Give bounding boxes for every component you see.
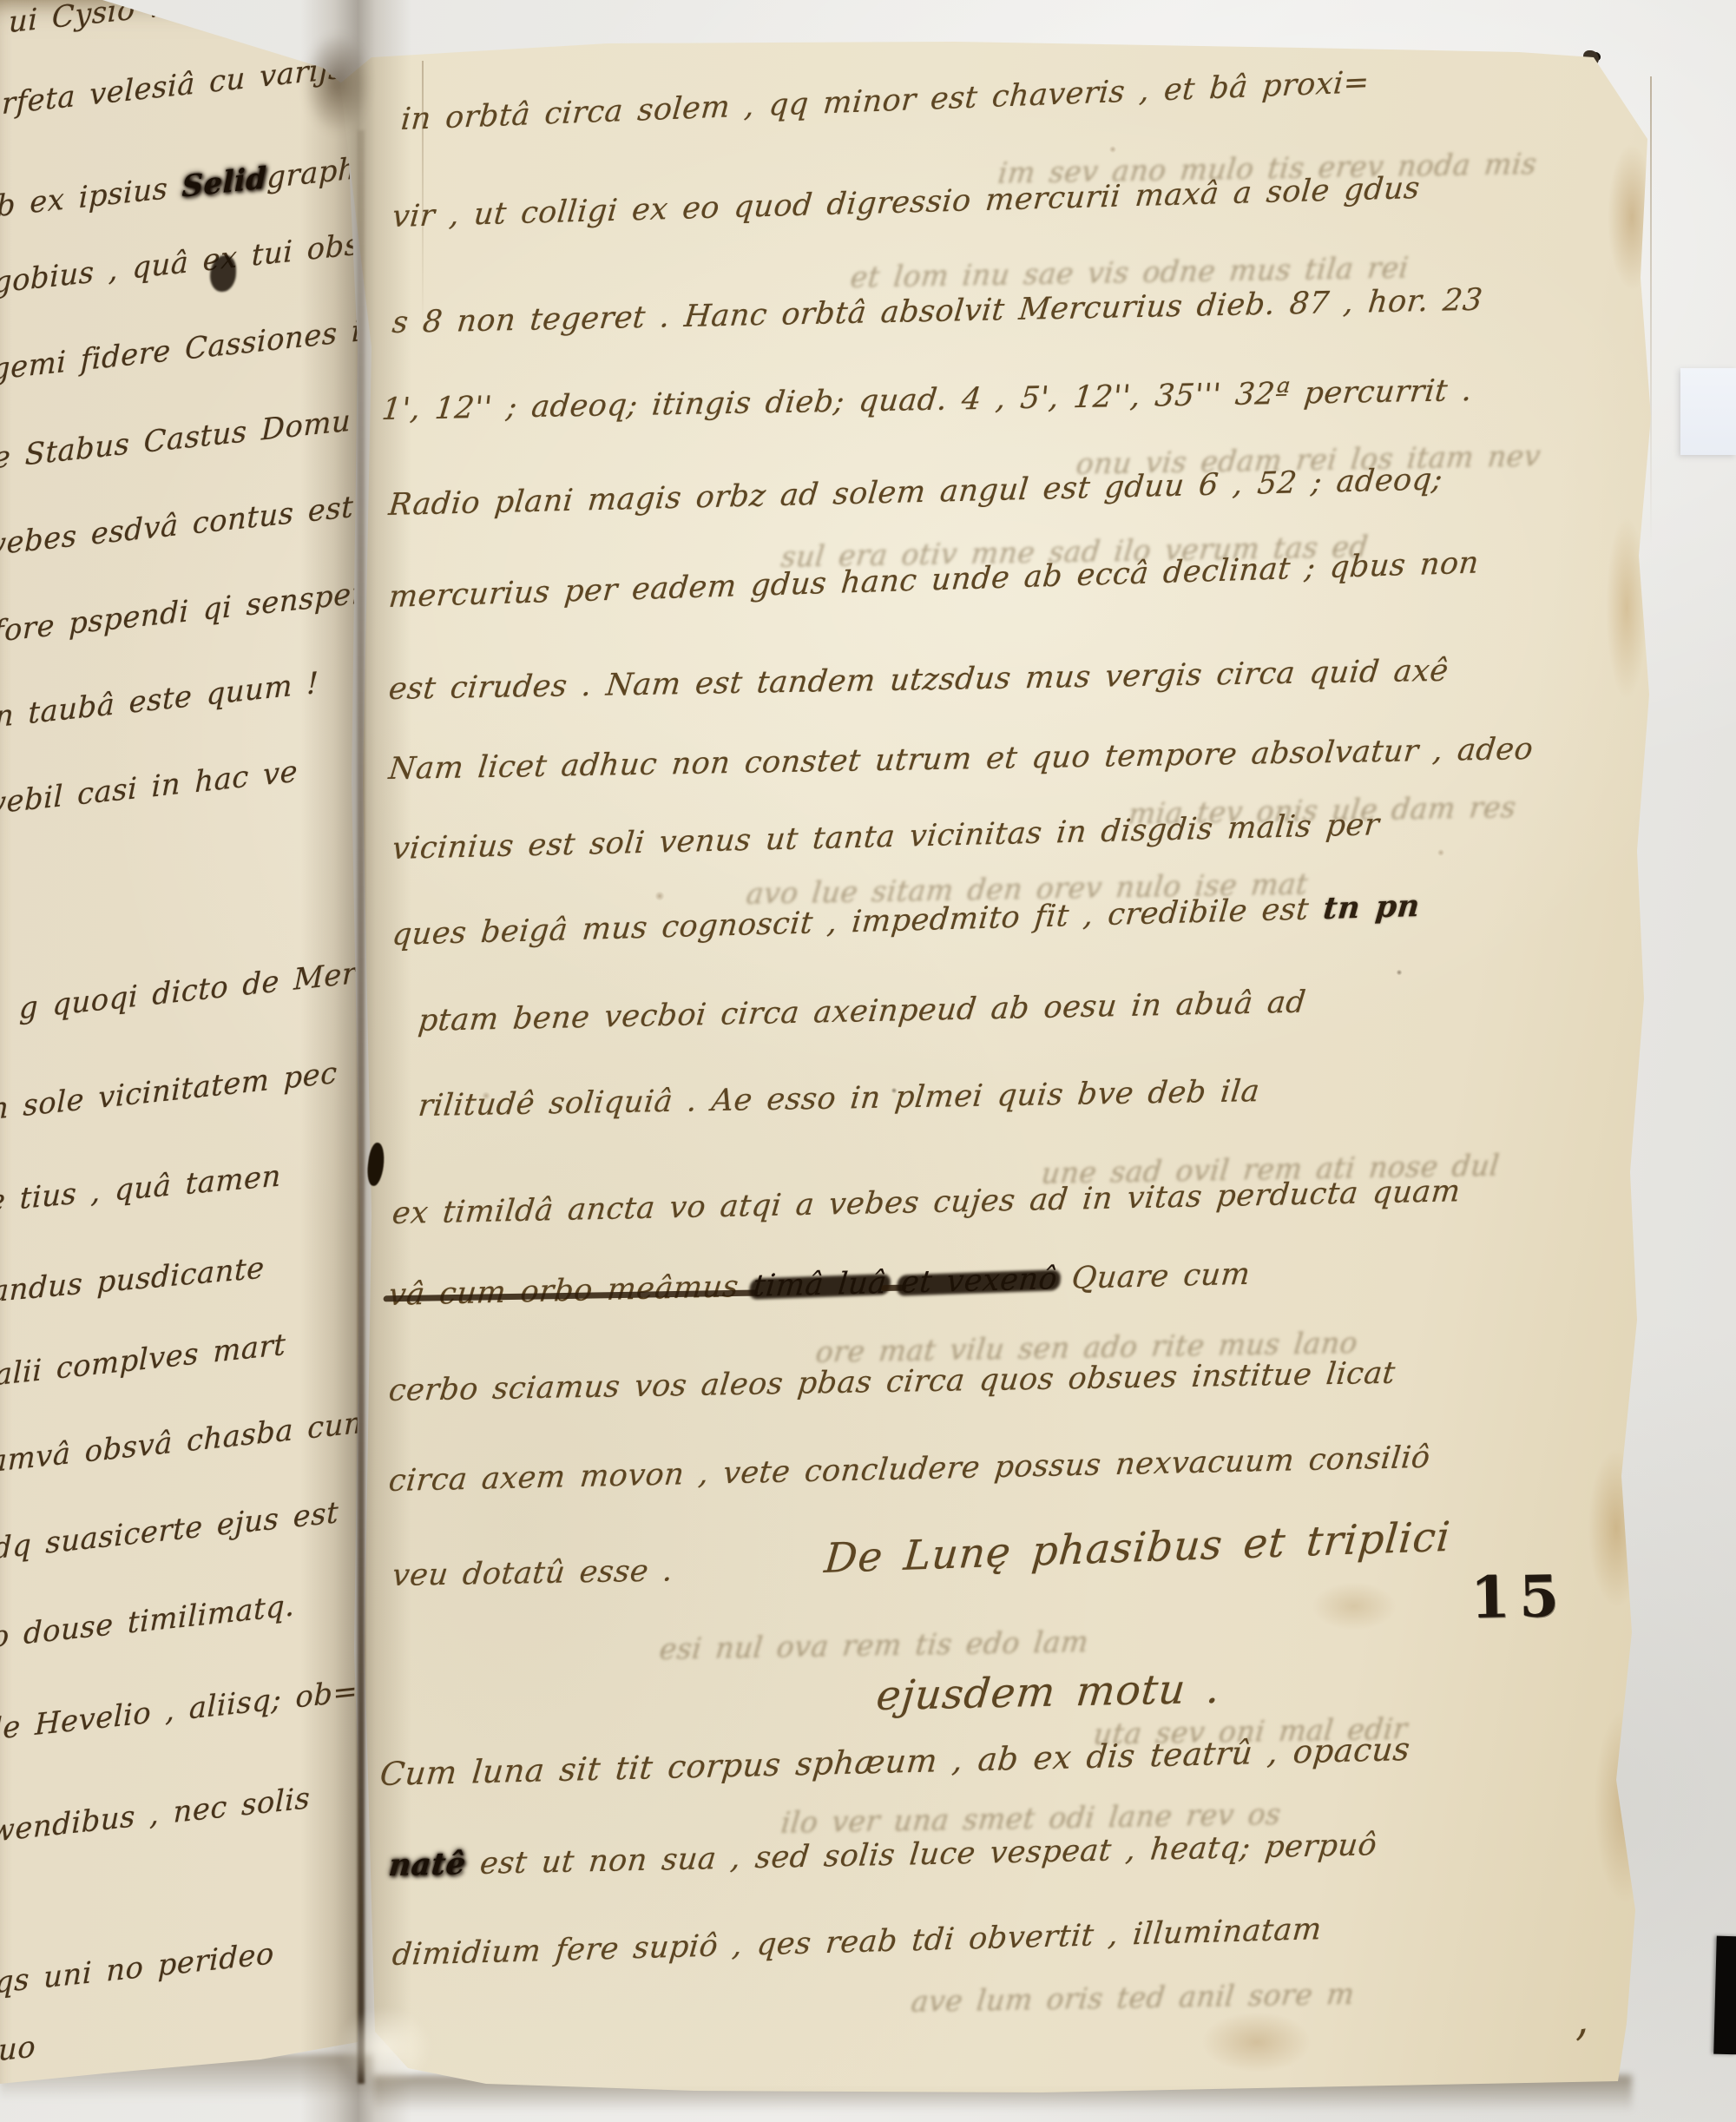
text-segment: vebil casi in hac ve [0,755,298,822]
manuscript-scan: ui Cysiô . i tem quis nomerfeta velesiâ … [0,0,1736,2122]
manuscript-line: n taubâ este quum ! [0,666,319,735]
manuscript-line: ex timildâ ancta vo atqi a vebes cujes a… [391,1174,1462,1231]
manuscript-line: Nam licet adhuc non constet utrum et quo… [387,732,1535,787]
text-segment: , [1573,1993,1589,2046]
ink-smear-segment: timâ luâ [752,1266,889,1304]
manuscript-line: o douse timilimatq. [0,1588,295,1655]
paper-crease [422,61,424,339]
manuscript-line: wendibus , nec solis [0,1781,311,1849]
manuscript-line: ptam bene vecboi circa axeinpeud ab oesu… [417,985,1308,1039]
underleaf-edge-line [1650,76,1652,545]
manuscript-line: b ex ipsius Selidgraphiâ [0,148,385,224]
text-segment: Radio plani magis orbz ad solem angul es… [387,462,1444,523]
text-segment: b ex ipsius [0,169,182,224]
ink-strike-segment: vâ cum orbo meâmus [387,1269,755,1313]
manuscript-line: , [1573,1993,1589,2046]
text-segment: est cirudes . Nam est tandem utzsdus mus… [387,654,1450,707]
manuscript-line: dq suasicerte ejus est [0,1495,339,1566]
ink-blot-drip [210,255,236,292]
text-segment: 1', 12'' ; adeoq; itingis dieb; quad. 4 … [380,373,1474,427]
text-segment: le Hevelio , aliisq; ob= [0,1674,358,1747]
text-segment: e Stabus Castus Domu [0,404,352,477]
ink-smear-segment: et vexenô [899,1262,1059,1301]
manuscript-line: le Hevelio , aliisq; ob= [0,1674,358,1747]
ink-blot-segment: natê [387,1846,468,1883]
ink-bold-segment: tn pn [1322,888,1422,926]
manuscript-line: e tius , quâ tamen [0,1158,282,1219]
manuscript-line: dimidium fere supiô , qes reab tdi obver… [391,1912,1323,1973]
manuscript-line: vâ cum orbo meâmus timâ luâ et vexenô Qu… [387,1257,1252,1313]
text-segment: rilitudê soliquiâ . Ae esso in plmei qui… [417,1074,1261,1124]
text-segment: esi nul ova rem tis edo lam [658,1624,1090,1666]
text-segment: vicinius est soli venus ut tanta vicinit… [391,807,1381,867]
text-segment: vir , ut colligi ex eo quod digressio me… [391,171,1422,234]
manuscript-line: 1', 12'' ; adeoq; itingis dieb; quad. 4 … [380,373,1474,427]
manuscript-line: fore pspendi qi sensper [0,576,366,649]
text-segment: fore pspendi qi sensper [0,576,366,649]
text-segment: g quoqi dicto de Mercu. [19,951,403,1026]
manuscript-line: qs uni no perideo [0,1936,274,2000]
text-segment: gemi fidere Cassiones igi [0,311,391,388]
text-segment: amvâ obsvâ chasba cum [0,1405,372,1480]
manuscript-line: gobius , quâ ex tui obsus [0,223,395,300]
manuscript-line: Cum luna sit tit corpus sphæum , ab ex d… [378,1730,1412,1793]
ghost-line: esi nul ova rem tis edo lam [658,1624,1090,1666]
text-segment: veu dotatû esse . [391,1553,675,1593]
manuscript-line: e Stabus Castus Domu [0,404,352,477]
page-number: 15 [1470,1562,1568,1631]
text-segment: est ut non sua , sed solis luce vespeat … [464,1828,1378,1881]
text-segment: uo [0,2029,36,2068]
manuscript-line: in orbtâ circa solem , qq minor est chav… [399,65,1371,137]
text-segment: ejusdem motu . [874,1665,1223,1720]
manuscript-line: De Lunę phasibus et triplici [823,1513,1453,1583]
manuscript-line: rfeta velesiâ cu varijs [2,50,345,122]
text-segment: n sole vicinitatem pec [0,1056,338,1127]
text-segment: Quare cum [1055,1257,1252,1297]
text-segment: Nam licet adhuc non constet utrum et quo… [387,732,1535,787]
manuscript-line: andus pusdicante [0,1250,265,1309]
text-segment: Cum luna sit tit corpus sphæum , ab ex d… [378,1730,1412,1793]
manuscript-line: rilitudê soliquiâ . Ae esso in plmei qui… [417,1074,1261,1124]
text-segment: ptam bene vecboi circa axeinpeud ab oesu… [417,985,1308,1039]
manuscript-line: est cirudes . Nam est tandem utzsdus mus… [387,654,1450,707]
ghost-line: ave lum oris ted anil sore m [910,1977,1356,2019]
ink-blot-segment: Selid [181,161,266,205]
text-segment: o douse timilimatq. [0,1588,295,1655]
manuscript-line: g quoqi dicto de Mercu. [19,951,403,1026]
text-segment: qs uni no perideo [0,1936,274,2000]
background-paper-tab [1680,368,1736,455]
text-segment: ave lum oris ted anil sore m [910,1977,1356,2019]
manuscript-line: amvâ obsvâ chasba cum [0,1405,372,1480]
manuscript-line: vebes esdvâ contus est [0,490,354,563]
text-segment: in orbtâ circa solem , qq minor est chav… [399,65,1371,137]
gutter-crease-line [358,130,365,2084]
text-segment: De Lunę phasibus et triplici [823,1513,1453,1583]
manuscript-line: vir , ut colligi ex eo quod digressio me… [391,171,1422,234]
manuscript-line: gemi fidere Cassiones igi [0,311,391,388]
text-segment: dimidium fere supiô , qes reab tdi obver… [391,1912,1323,1973]
text-segment: n taubâ este quum ! [0,666,319,735]
manuscript-line: veu dotatû esse . [391,1553,675,1593]
gutter-top-shadow [304,33,370,134]
manuscript-line: vicinius est soli venus ut tanta vicinit… [391,807,1381,867]
text-segment: e tius , quâ tamen [0,1158,282,1219]
text-segment: circa axem movon , vete concludere possu… [387,1440,1432,1499]
manuscript-line: uo [0,2029,36,2068]
manuscript-line: ejusdem motu . [874,1665,1223,1720]
manuscript-line: circa axem movon , vete concludere possu… [387,1440,1432,1499]
text-segment: andus pusdicante [0,1250,265,1309]
text-segment: gobius , quâ ex tui obsus [0,223,395,300]
text-segment: ex timildâ ancta vo atqi a vebes cujes a… [391,1174,1462,1231]
text-segment: rfeta velesiâ cu varijs [2,50,345,122]
manuscript-line: vebil casi in hac ve [0,755,298,822]
manuscript-line: n sole vicinitatem pec [0,1056,338,1127]
text-segment: alii complves mart [0,1328,286,1394]
text-segment: vebes esdvâ contus est [0,490,354,563]
text-segment: wendibus , nec solis [0,1781,311,1849]
manuscript-line: Radio plani magis orbz ad solem angul es… [387,462,1444,523]
text-segment: dq suasicerte ejus est [0,1495,339,1566]
black-edge-mark [1713,1936,1736,2055]
manuscript-line: alii complves mart [0,1328,286,1394]
page-curl-highlight [337,2007,432,2087]
